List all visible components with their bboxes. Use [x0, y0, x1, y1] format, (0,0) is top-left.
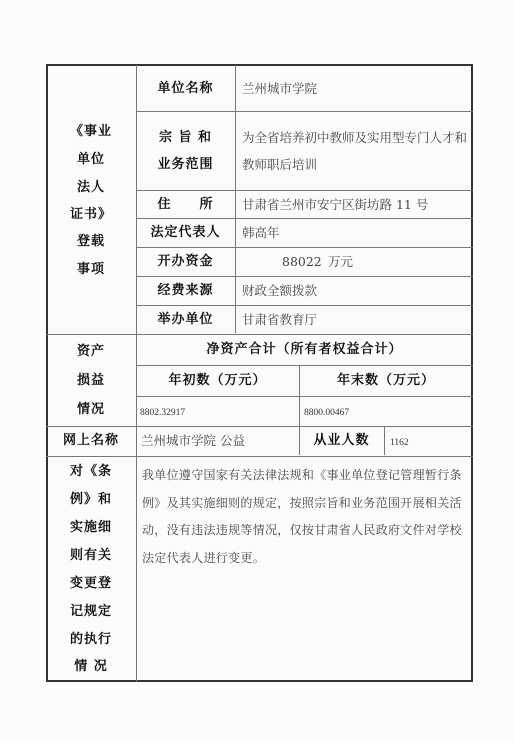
staff-count-value: 1162: [390, 435, 409, 451]
divider: [136, 218, 473, 219]
section-header-line: 对《条: [46, 464, 136, 480]
sponsor-value: 甘肃省教育厅: [242, 312, 317, 328]
section-header-line: 则有关: [46, 548, 136, 564]
address-label: 住 所: [136, 197, 235, 213]
staff-count-label: 从业人数: [299, 433, 384, 449]
divider: [136, 365, 473, 366]
purpose-label: 业务范围: [136, 157, 235, 173]
funding-source-value: 财政全额拨款: [242, 283, 317, 299]
purpose-label: 宗 旨 和: [136, 130, 235, 146]
section-header-line: 事项: [46, 262, 136, 278]
section-header-line: 情 况: [46, 659, 136, 675]
unit-name-value: 兰州城市学院: [242, 81, 317, 97]
online-name-value: 兰州城市学院 公益: [141, 433, 245, 449]
section-header-line: 实施细: [46, 520, 136, 536]
section-header-line: 法人: [46, 180, 136, 196]
section-header-line: 损益: [46, 373, 136, 389]
section-header-line: 资产: [46, 344, 136, 360]
section-header-line: 登载: [46, 234, 136, 250]
section-header-line: 的执行: [46, 632, 136, 648]
purpose-value: 为全省培养初中教师及实用型专门人才和: [242, 130, 467, 146]
compliance-statement: 我单位遵守国家有关法律法规和《事业单位登记管理暂行条例》及其实施细则的规定，按照…: [142, 462, 470, 572]
online-name-label: 网上名称: [46, 433, 136, 449]
sponsor-label: 举办单位: [136, 312, 235, 328]
divider: [136, 190, 473, 191]
divider: [136, 247, 473, 248]
end-year-header: 年末数（万元）: [299, 373, 473, 389]
divider: [136, 396, 473, 397]
section-header-line: 记规定: [46, 604, 136, 620]
divider: [136, 111, 473, 112]
divider: [46, 456, 473, 457]
capital-value: 88022: [282, 254, 322, 270]
funding-source-label: 经费来源: [136, 283, 235, 299]
divider: [136, 276, 473, 277]
section-header-line: 单位: [46, 152, 136, 168]
capital-label: 开办资金: [136, 254, 235, 270]
legal-rep-value: 韩高年: [242, 225, 280, 241]
divider: [136, 305, 473, 306]
divider: [46, 334, 473, 335]
section-header-line: 例》和: [46, 492, 136, 508]
address-value: 甘肃省兰州市安宁区街坊路 11 号: [242, 197, 428, 213]
end-year-value: 8800.00467: [304, 405, 349, 421]
divider: [384, 427, 385, 455]
begin-year-header: 年初数（万元）: [136, 373, 299, 389]
section-header-line: 《事业: [46, 124, 136, 140]
section-header-line: 情况: [46, 402, 136, 418]
divider: [235, 65, 236, 333]
begin-year-value: 8802.32917: [140, 405, 185, 421]
net-assets-title: 净资产合计（所有者权益合计）: [136, 342, 473, 358]
capital-unit: 万元: [328, 254, 353, 270]
divider: [46, 426, 473, 427]
unit-name-label: 单位名称: [136, 81, 235, 97]
legal-rep-label: 法定代表人: [136, 225, 235, 241]
section-header-line: 变更登: [46, 576, 136, 592]
section-header-line: 证书》: [46, 207, 136, 223]
purpose-value: 教师职后培训: [242, 157, 317, 173]
